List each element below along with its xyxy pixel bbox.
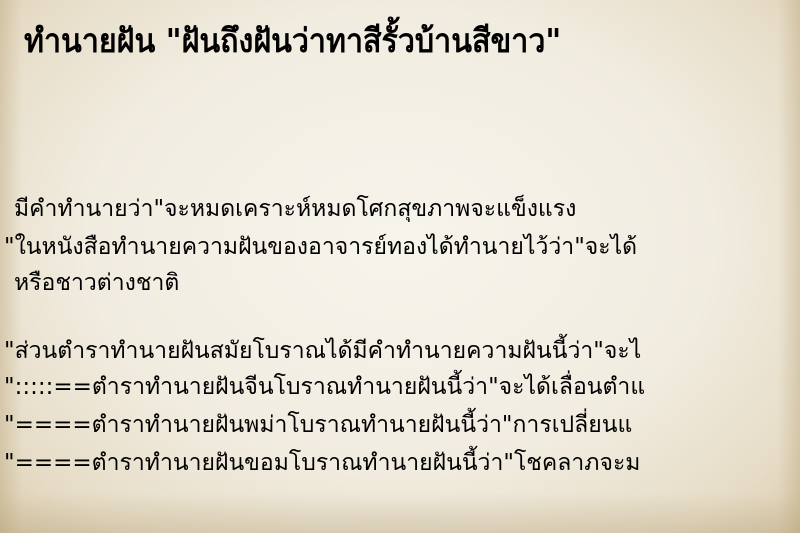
prediction-line-continuation: หรือชาวต่างชาติ (14, 270, 179, 298)
prediction-line-summary: มีคำทำนายว่า"จะหมดเคราะห์หมดโศกสุขภาพจะแ… (14, 196, 576, 224)
paper-edge-bottom (0, 493, 800, 533)
prediction-line-khmer: "====ตำราทำนายฝันขอมโบราณทำนายฝันนี้ว่า"… (4, 450, 640, 478)
prediction-line-ajarn-thong: "ในหนังสือทำนายความฝันของอาจารย์ทองได้ทำ… (4, 234, 637, 262)
prediction-line-chinese: ":::::==ตำราทำนายฝันจีนโบราณทำนายฝันนี้ว… (4, 374, 645, 402)
prediction-line-ancient: "ส่วนตำราทำนายฝันสมัยโบราณได้มีคำทำนายคว… (4, 338, 641, 366)
page-title: ทำนายฝัน "ฝันถึงฝันว่าทาสีรั้วบ้านสีขาว" (24, 14, 561, 67)
paper-edge-right (778, 0, 800, 533)
prediction-line-burmese: "====ตำราทำนายฝันพม่าโบราณทำนายฝันนี้ว่า… (4, 412, 632, 440)
